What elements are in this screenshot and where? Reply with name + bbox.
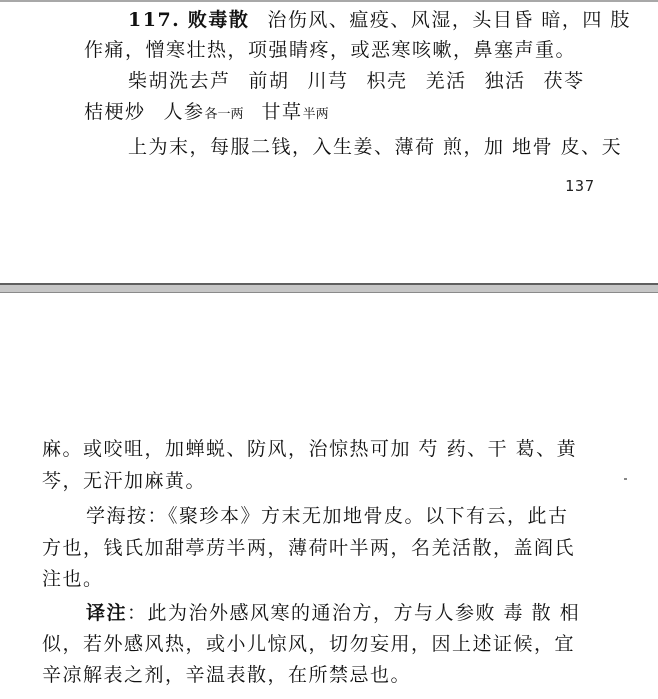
entry-indications: 治伤风、瘟疫、风湿，头目昏 暗，四 肢 [267, 9, 631, 31]
translation-note-label: 译注 [86, 602, 127, 624]
translation-note-line-2: 似，若外感风热，或小儿惊风，切勿妄用，因上述证候，宜 [42, 633, 575, 655]
entry-indications-cont: 作痛，憎寒壮热，项强睛疼，或恶寒咳嗽，鼻塞声重。 [84, 39, 576, 61]
entry-title: 败毒散 [188, 9, 250, 31]
commentary-label: 学海按 [86, 505, 148, 527]
ingredient: 茯苓 [544, 70, 585, 92]
commentary-text: ：《聚珍本》方末无加地骨皮。以下有云，此古 [148, 505, 569, 527]
ingredient-dose: 半两 [303, 107, 329, 122]
ingredients-line-1: 柴胡洗去芦前胡川芎枳壳羌活独活茯苓 [128, 70, 585, 92]
ingredient: 川芎 [308, 70, 349, 92]
ingredient: 柴胡洗去芦 [128, 70, 231, 92]
entry-number: 117. [128, 9, 180, 31]
page-137-bottom-section: 117. 败毒散治伤风、瘟疫、风湿，头目昏 暗，四 肢 作痛，憎寒壮热，项强睛疼… [0, 2, 658, 283]
ingredient: 独活 [485, 70, 526, 92]
entry-heading-line: 117. 败毒散治伤风、瘟疫、风湿，头目昏 暗，四 肢 [128, 9, 631, 31]
ingredient: 羌活 [426, 70, 467, 92]
page-number: 137 [565, 177, 595, 195]
translation-note-line-1: 译注：此为治外感风寒的通治方，方与人参败 毒 散 相 [86, 602, 580, 624]
ingredient: 甘草 [262, 101, 303, 123]
page-break-separator [0, 283, 658, 293]
ingredient: 枳壳 [367, 70, 408, 92]
translation-note-line-3: 辛凉解表之剂，辛温表散，在所禁忌也。 [42, 664, 411, 686]
ingredient: 桔梗炒 [84, 101, 146, 123]
commentary-line-1: 学海按：《聚珍本》方末无加地骨皮。以下有云，此古 [86, 505, 569, 527]
ingredients-line-2: 桔梗炒人参各一两甘草半两 [84, 101, 329, 126]
ingredient: 人参 [164, 101, 205, 123]
scan-speck [624, 478, 627, 480]
preparation-line: 上为末，每服二钱，入生姜、薄荷 煎，加 地骨 皮、天 [128, 136, 622, 158]
continuation-line-1: 麻。或咬咀，加蝉蜕、防风，治惊热可加 芍 药、干 葛、黄 [42, 438, 577, 460]
translation-note-text: ：此为治外感风寒的通治方，方与人参败 毒 散 相 [127, 602, 580, 624]
continuation-line-2: 芩，无汗加麻黄。 [42, 470, 206, 492]
ingredient: 前胡 [249, 70, 290, 92]
commentary-line-3: 注也。 [42, 568, 104, 590]
commentary-line-2: 方也，钱氏加甜葶苈半两，薄荷叶半两，名羌活散，盖阎氏 [42, 537, 575, 559]
ingredient-dose: 各一两 [205, 107, 244, 122]
